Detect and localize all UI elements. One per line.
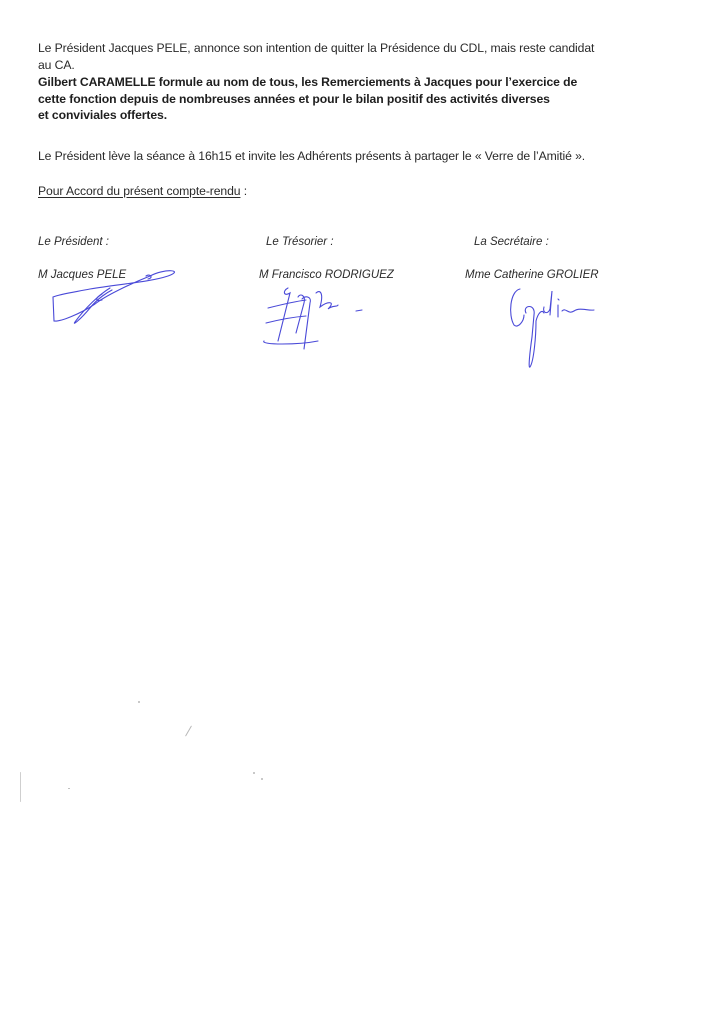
name-treasurer: M Francisco RODRIGUEZ [259,269,394,281]
role-president: Le Président : [38,236,109,248]
text-line: Le Président Jacques PELE, annonce son i… [38,40,594,57]
role-secretary: La Secrétaire : [474,236,549,248]
text-line: au CA. [38,57,594,74]
text-line: cette fonction depuis de nombreuses anné… [38,91,577,108]
role-treasurer: Le Trésorier : [266,236,334,248]
text-line: et conviviales offertes. [38,107,577,124]
scan-speck [253,772,255,774]
name-secretary: Mme Catherine GROLIER [465,269,599,281]
signature-treasurer-icon [258,283,373,353]
signature-president-icon [50,264,185,328]
scan-speck [20,772,21,802]
scan-speck [68,788,70,789]
paragraph-closing: Le Président lève la séance à 16h15 et i… [38,148,585,165]
text-line: Gilbert CARAMELLE formule au nom de tous… [38,74,577,91]
paragraph-president-announcement: Le Président Jacques PELE, annonce son i… [38,40,594,73]
approval-label: Pour Accord du présent compte-rendu [38,184,240,198]
scan-speck [138,701,140,703]
approval-colon: : [240,184,247,198]
signature-secretary-icon [508,285,598,371]
scan-speck [185,726,192,737]
text-line: Le Président lève la séance à 16h15 et i… [38,148,585,165]
scan-speck [261,778,263,780]
approval-heading: Pour Accord du présent compte-rendu : [38,183,247,200]
paragraph-thanks: Gilbert CARAMELLE formule au nom de tous… [38,74,577,124]
